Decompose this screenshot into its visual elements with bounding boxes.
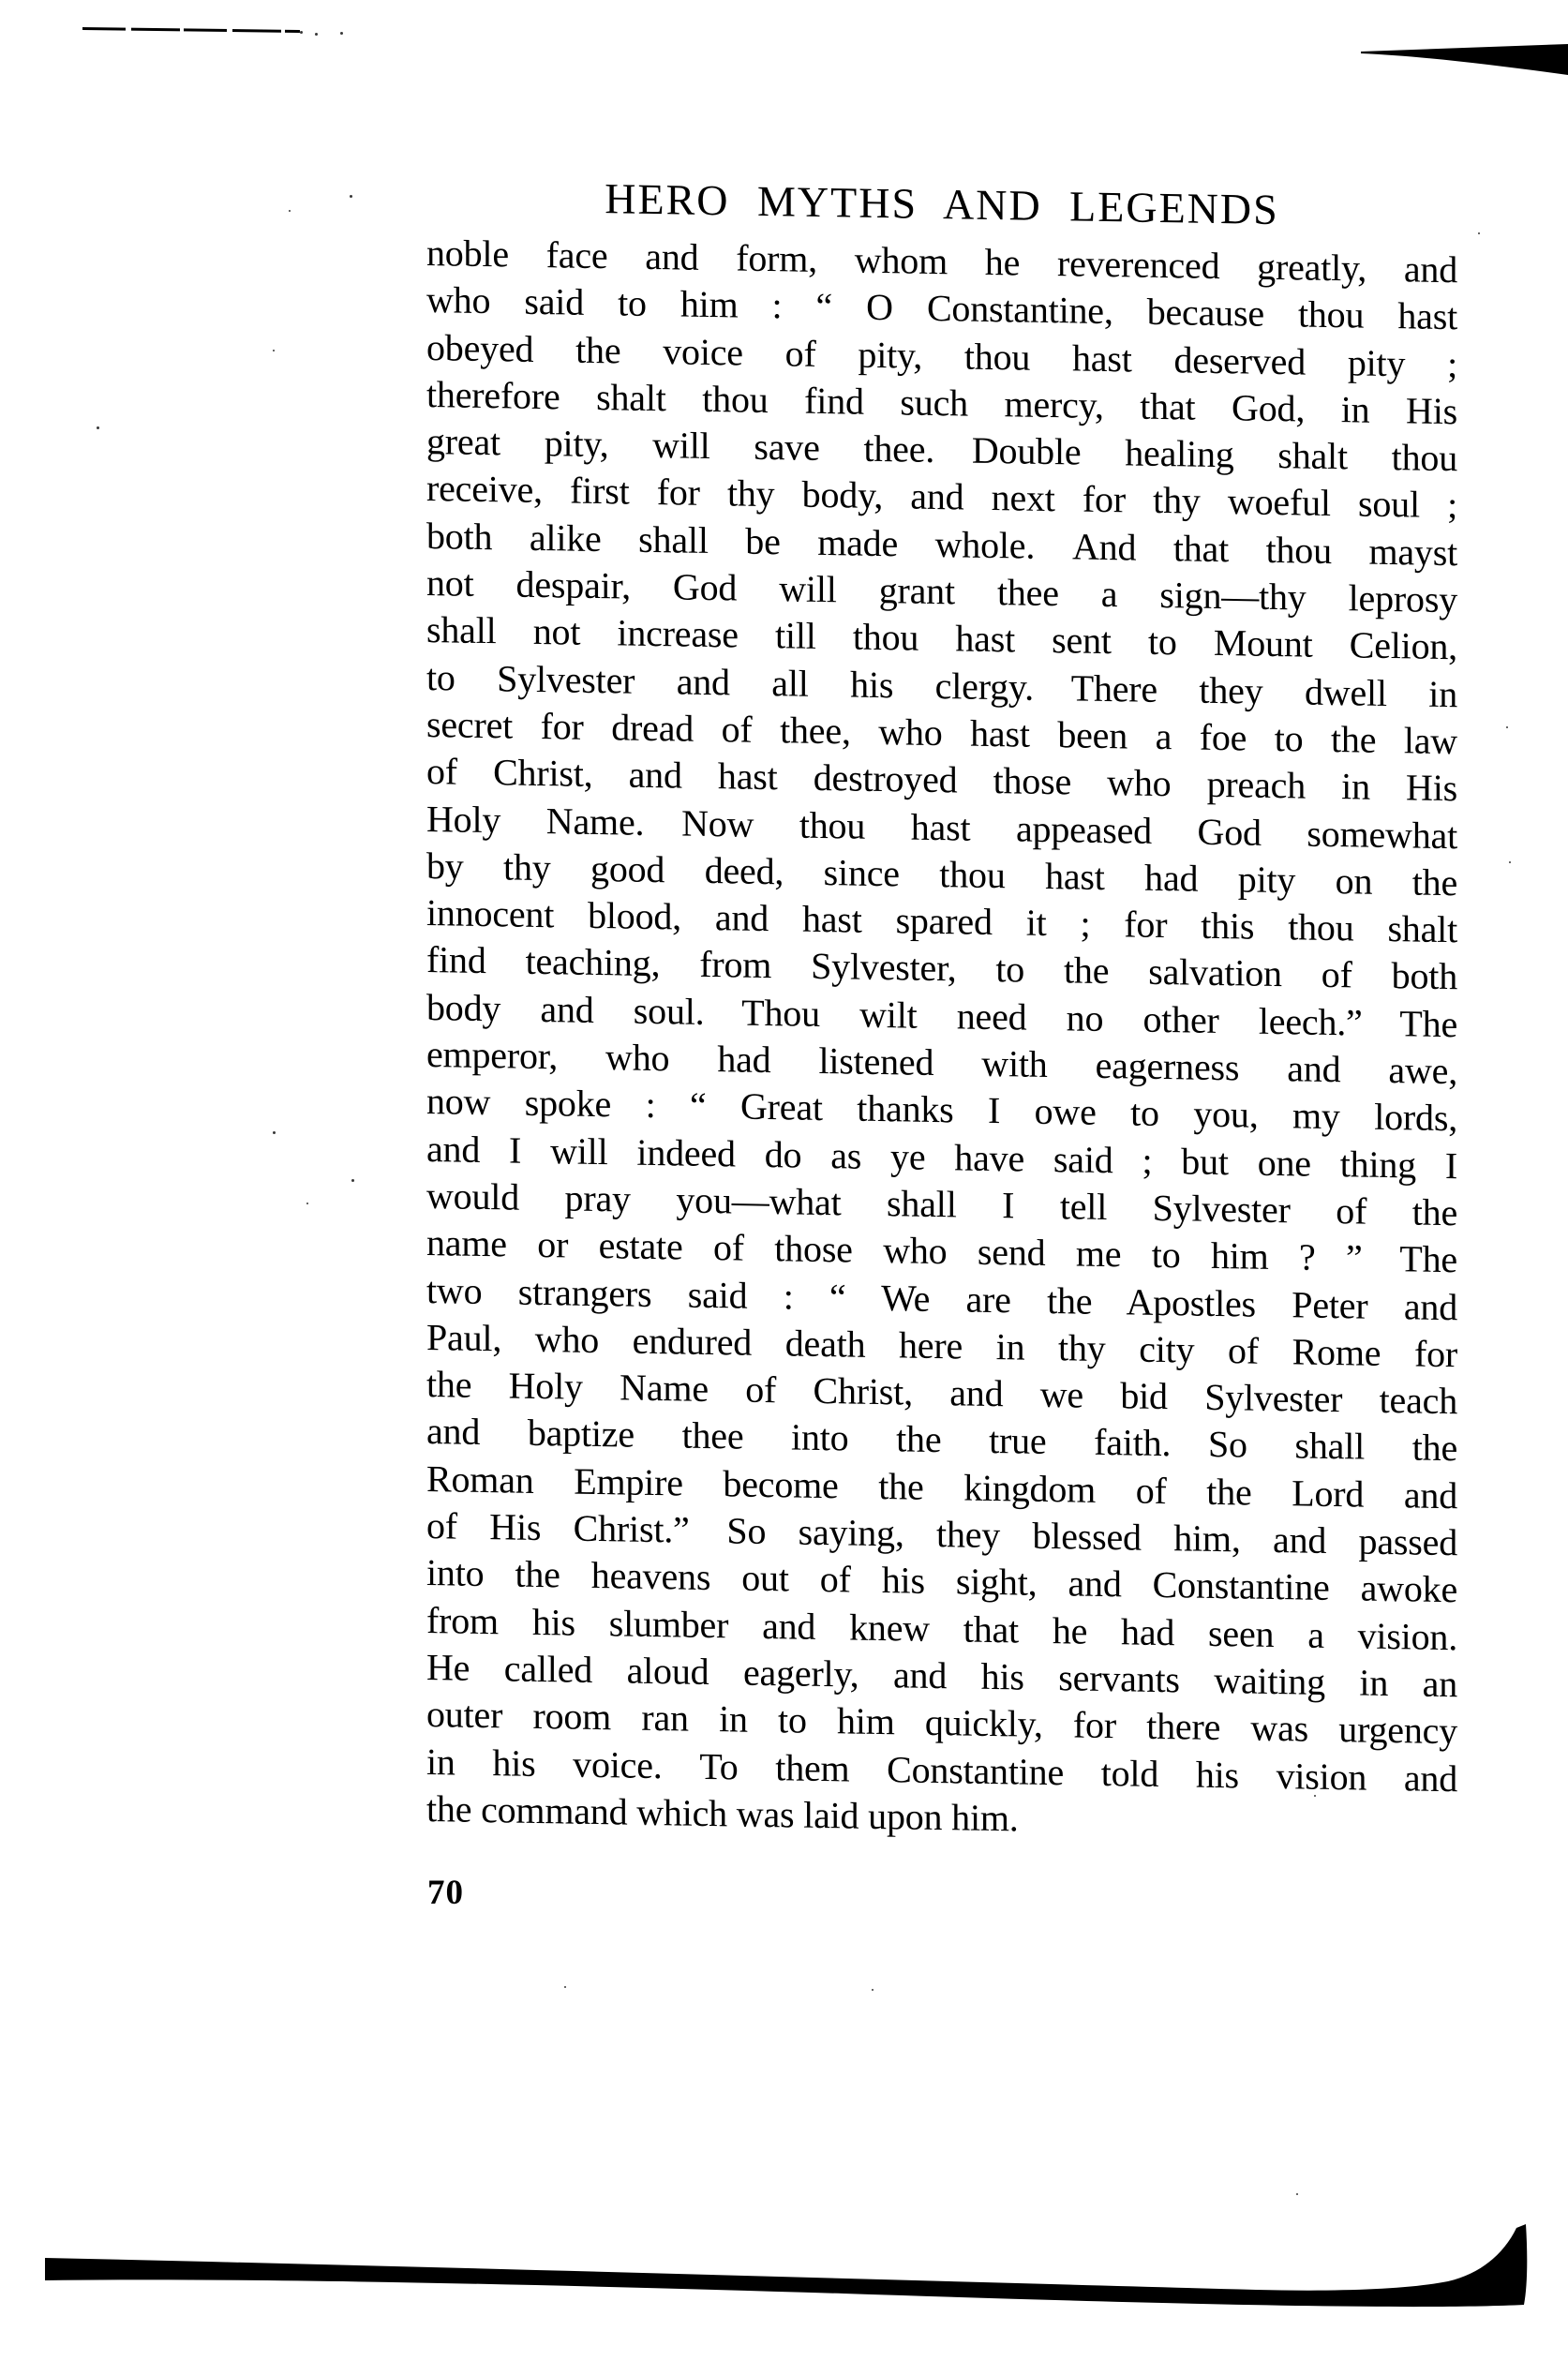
scan-artifact-top-line xyxy=(82,27,300,33)
scan-speck xyxy=(1509,861,1511,863)
scan-speck xyxy=(97,426,99,429)
scan-speck xyxy=(289,210,291,212)
page-number: 70 xyxy=(427,1873,464,1913)
scan-speck xyxy=(340,32,343,35)
scan-speck xyxy=(315,33,318,36)
scan-speck xyxy=(350,195,352,198)
scan-speck xyxy=(1314,1795,1316,1797)
scan-speck xyxy=(273,350,275,351)
body-text: noble face and form, whom he reverenced … xyxy=(426,230,1457,1849)
text-block: HERO MYTHS AND LEGENDS noble face and fo… xyxy=(426,171,1457,1849)
scan-speck xyxy=(306,1203,308,1204)
scan-speck xyxy=(1478,232,1480,234)
page-header: HERO MYTHS AND LEGENDS xyxy=(426,171,1457,237)
book-page: HERO MYTHS AND LEGENDS noble face and fo… xyxy=(0,0,1568,2361)
scan-speck xyxy=(300,31,303,34)
scan-speck xyxy=(564,1986,566,1988)
scan-speck xyxy=(1296,2193,1298,2195)
scan-speck xyxy=(872,1989,874,1991)
scan-speck xyxy=(1506,726,1508,728)
scan-speck xyxy=(273,1131,276,1134)
scan-speck xyxy=(351,1179,354,1182)
